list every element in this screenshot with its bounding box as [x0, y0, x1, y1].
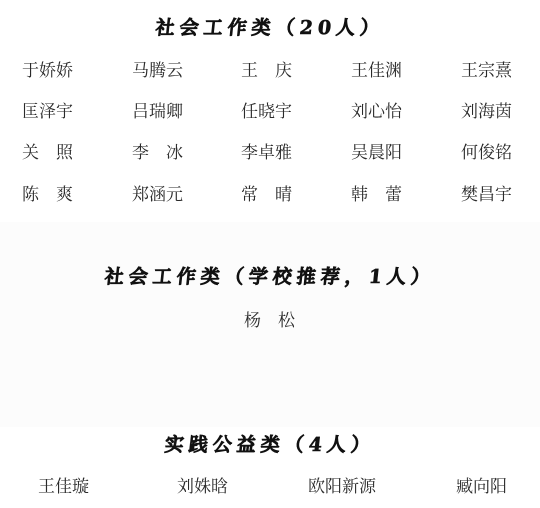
name-entry: 关 照: [22, 143, 102, 163]
name-entry: 王宗熹: [461, 61, 540, 81]
name-entry: 韩 蕾: [351, 185, 431, 205]
name-entry: 樊昌宇: [461, 185, 540, 205]
name-entry: 王 庆: [241, 61, 321, 81]
name-entry: 匡泽宇: [22, 102, 102, 122]
name-entry: 马腾云: [132, 61, 212, 81]
name-entry: 杨 松: [244, 311, 295, 331]
name-entry: 王佳渊: [351, 61, 431, 81]
name-entry: 吕瑞卿: [132, 102, 212, 122]
name-entry: 于娇娇: [22, 61, 102, 81]
name-entry: 刘心怡: [351, 102, 431, 122]
name-entry: 郑涵元: [132, 185, 212, 205]
name-entry: 王佳璇: [38, 477, 89, 497]
name-entry: 欧阳新源: [308, 477, 376, 497]
name-entry: 刘姝晗: [177, 477, 228, 497]
name-entry: 吴晨阳: [351, 143, 431, 163]
name-entry: 李卓雅: [241, 143, 321, 163]
section-title-social-work: 社会工作类（20人）: [0, 13, 540, 40]
name-entry: 陈 爽: [22, 185, 102, 205]
section-title-practice-public-welfare: 实践公益类（4人）: [0, 430, 540, 457]
name-entry: 臧向阳: [456, 477, 507, 497]
section-title-social-work-school: 社会工作类（学校推荐，1人）: [0, 262, 540, 289]
name-entry: 刘海茵: [461, 102, 540, 122]
name-entry: 任晓宇: [241, 102, 321, 122]
name-entry: 李 冰: [132, 143, 212, 163]
name-entry: 常 晴: [241, 185, 321, 205]
name-entry: 何俊铭: [461, 143, 540, 163]
